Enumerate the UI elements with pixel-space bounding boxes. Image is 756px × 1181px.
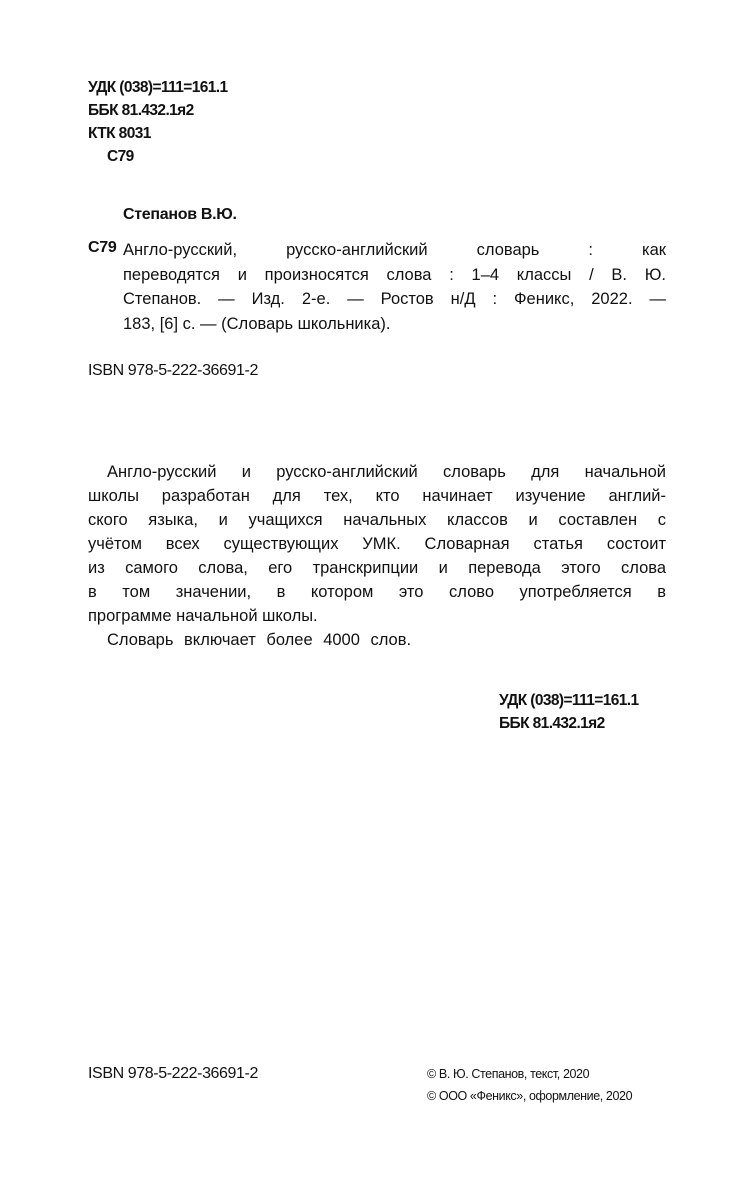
copyright-text: © В. Ю. Степанов, текст, 2020 xyxy=(427,1063,589,1085)
record-line: переводятся и произносятся слова : 1–4 к… xyxy=(123,263,666,288)
bbk-code-bottom: ББК 81.432.1я2 xyxy=(499,712,605,735)
bbk-code: ББК 81.432.1я2 xyxy=(88,99,194,122)
isbn-top: ISBN 978-5-222-36691-2 xyxy=(88,362,258,380)
author-mark: С79 xyxy=(107,145,134,168)
record-description: Англо-русский, русско-английский словарь… xyxy=(123,238,666,336)
copyright-design: © ООО «Феникс», оформление, 2020 xyxy=(427,1085,632,1107)
isbn-bottom: ISBN 978-5-222-36691-2 xyxy=(88,1065,258,1083)
annotation-line: ского языка, и учащихся начальных классо… xyxy=(88,508,666,532)
annotation-line: Англо-русский и русско-английский словар… xyxy=(88,460,666,484)
annotation-line: учётом всех существующих УМК. Словарная … xyxy=(88,532,666,556)
record-line: Англо-русский, русско-английский словарь… xyxy=(123,238,666,263)
annotation-line: из самого слова, его транскрипции и пере… xyxy=(88,556,666,580)
annotation-line: программе начальной школы. xyxy=(88,604,666,628)
ktk-code: КТК 8031 xyxy=(88,122,151,145)
annotation-word-count: Словарь включает более 4000 слов. xyxy=(88,628,666,652)
annotation-line: школы разработан для тех, кто начинает и… xyxy=(88,484,666,508)
udk-code: УДК (038)=111=161.1 xyxy=(88,76,228,99)
annotation-line: в том значении, в котором это слово упот… xyxy=(88,580,666,604)
record-line: Степанов. — Изд. 2-е. — Ростов н/Д : Фен… xyxy=(123,287,666,312)
annotation: Англо-русский и русско-английский словар… xyxy=(88,460,666,652)
record-line: 183, [6] с. — (Словарь школьника). xyxy=(123,312,666,337)
record-author: Степанов В.Ю. xyxy=(123,206,237,224)
udk-code-bottom: УДК (038)=111=161.1 xyxy=(499,689,639,712)
record-author-mark: С79 xyxy=(88,239,116,257)
